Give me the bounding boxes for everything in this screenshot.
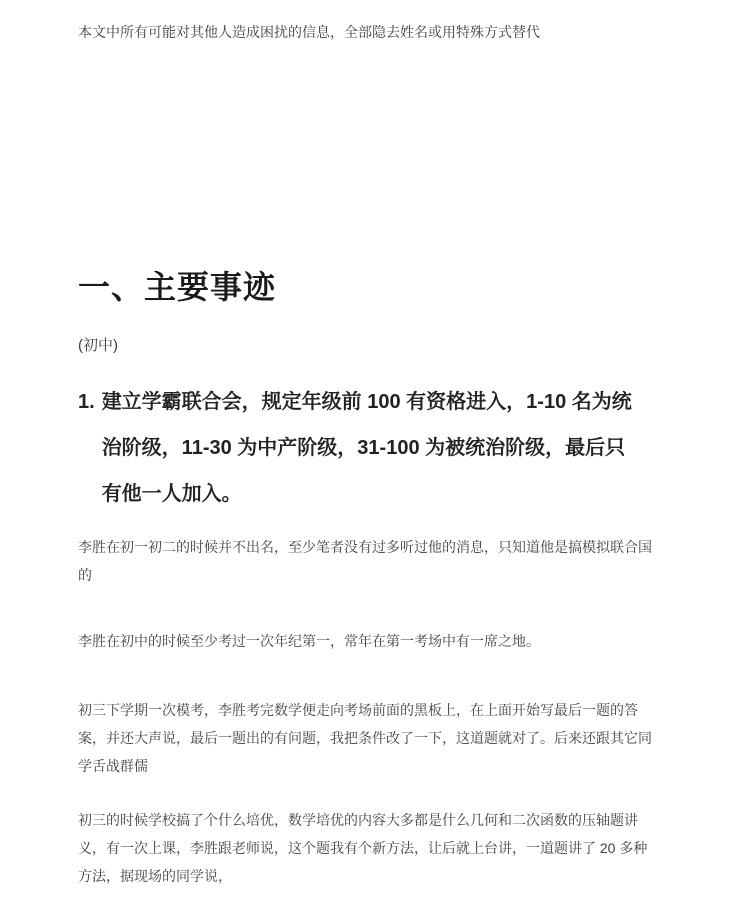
- document-page: 本文中所有可能对其他人造成困扰的信息，全部隐去姓名或用特殊方式替代 一、主要事迹…: [0, 0, 746, 916]
- body-paragraph: 初三的时候学校搞了个什么培优，数学培优的内容大多都是什么几何和二次函数的压轴题讲…: [78, 806, 656, 890]
- list-item-number: 1.: [78, 379, 95, 425]
- section-heading: 一、主要事迹: [78, 265, 656, 309]
- feature-list-item: 1. 建立学霸联合会，规定年级前 100 有资格进入，1-10 名为统治阶级，1…: [78, 379, 638, 517]
- body-paragraph: 初三下学期一次模考，李胜考完数学便走向考场前面的黑板上，在上面开始写最后一题的答…: [78, 696, 656, 780]
- grade-note: (初中): [78, 333, 656, 359]
- list-item-text: 建立学霸联合会，规定年级前 100 有资格进入，1-10 名为统治阶级，11-3…: [102, 379, 638, 517]
- body-paragraph: 李胜在初中的时候至少考过一次年纪第一，常年在第一考场中有一席之地。: [78, 627, 656, 655]
- blank-space: [78, 46, 656, 265]
- disclaimer-text: 本文中所有可能对其他人造成困扰的信息，全部隐去姓名或用特殊方式替代: [78, 18, 656, 46]
- body-paragraph: 李胜在初一初二的时候并不出名，至少笔者没有过多听过他的消息，只知道他是搞模拟联合…: [78, 533, 656, 589]
- document-content: 本文中所有可能对其他人造成困扰的信息，全部隐去姓名或用特殊方式替代 一、主要事迹…: [78, 18, 656, 890]
